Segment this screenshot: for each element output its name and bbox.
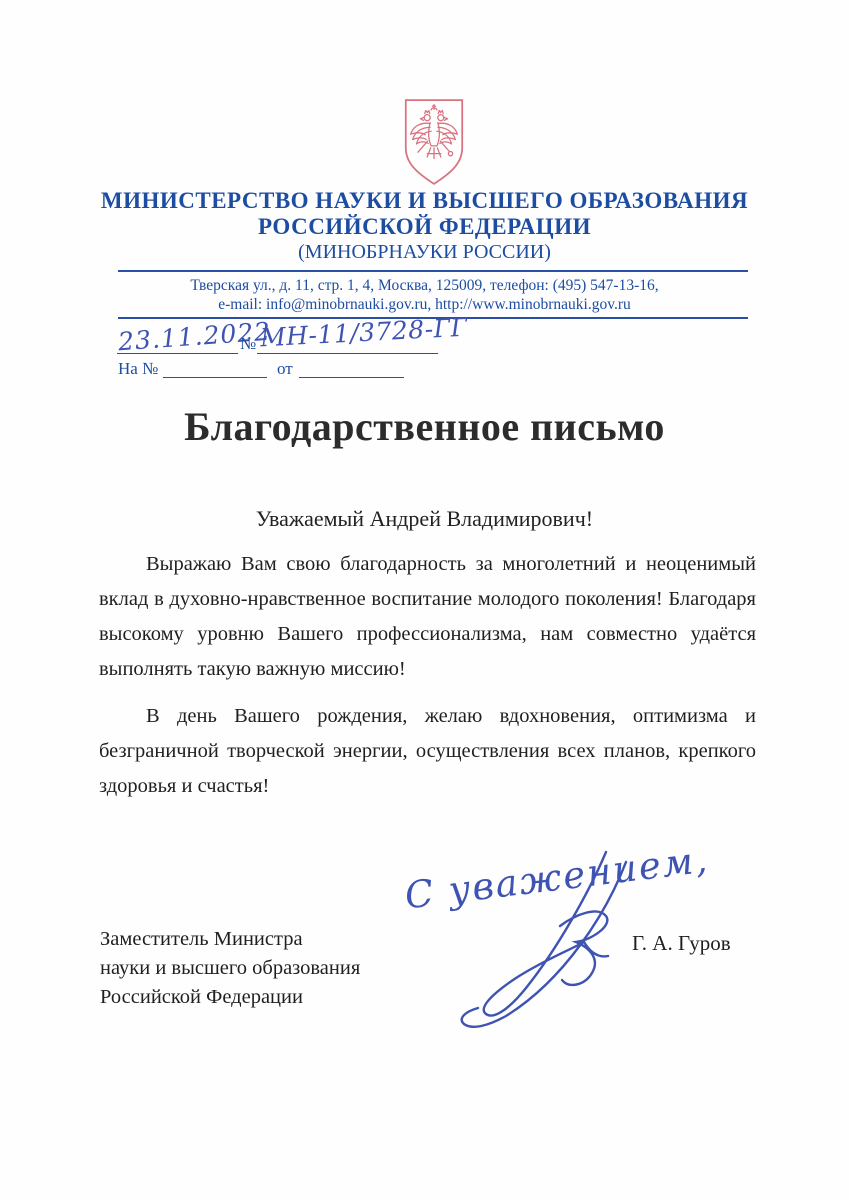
- signer-position-line1: Заместитель Министра: [100, 925, 360, 954]
- ministry-short-name: (МИНОБРНАУКИ РОССИИ): [0, 241, 849, 264]
- signer-position-block: Заместитель Министра науки и высшего обр…: [100, 925, 360, 1012]
- header-divider-top: [118, 270, 748, 272]
- letter-page: МИНИСТЕРСТВО НАУКИ И ВЫСШЕГО ОБРАЗОВАНИЯ…: [0, 0, 849, 1200]
- reply-from-date-label: от: [277, 359, 293, 379]
- number-underline: [257, 353, 438, 354]
- letter-title: Благодарственное письмо: [0, 403, 849, 450]
- signer-position-line2: науки и высшего образования: [100, 954, 360, 983]
- signer-position-line3: Российской Федерации: [100, 983, 360, 1012]
- signer-name: Г. А. Гуров: [632, 931, 731, 956]
- body-paragraph-2: В день Вашего рождения, желаю вдохновени…: [99, 699, 756, 804]
- reply-to-number-label: На №: [118, 359, 158, 379]
- number-sign-label: №: [240, 334, 256, 354]
- ministry-address: Тверская ул., д. 11, стр. 1, 4, Москва, …: [0, 277, 849, 295]
- russia-coat-of-arms-icon: [398, 96, 470, 188]
- reply-date-blank: [299, 377, 404, 378]
- ministry-name-line2: РОССИЙСКОЙ ФЕДЕРАЦИИ: [0, 214, 849, 240]
- body-paragraph-1: Выражаю Вам свою благодарность за многол…: [99, 547, 756, 687]
- salutation: Уважаемый Андрей Владимирович!: [0, 506, 849, 532]
- ministry-name-line1: МИНИСТЕРСТВО НАУКИ И ВЫСШЕГО ОБРАЗОВАНИЯ: [0, 188, 849, 214]
- ministry-contacts: e-mail: info@minobrnauki.gov.ru, http://…: [0, 296, 849, 314]
- date-underline: [117, 353, 238, 354]
- letter-body: Выражаю Вам свою благодарность за многол…: [99, 547, 756, 804]
- reply-number-blank: [163, 377, 267, 378]
